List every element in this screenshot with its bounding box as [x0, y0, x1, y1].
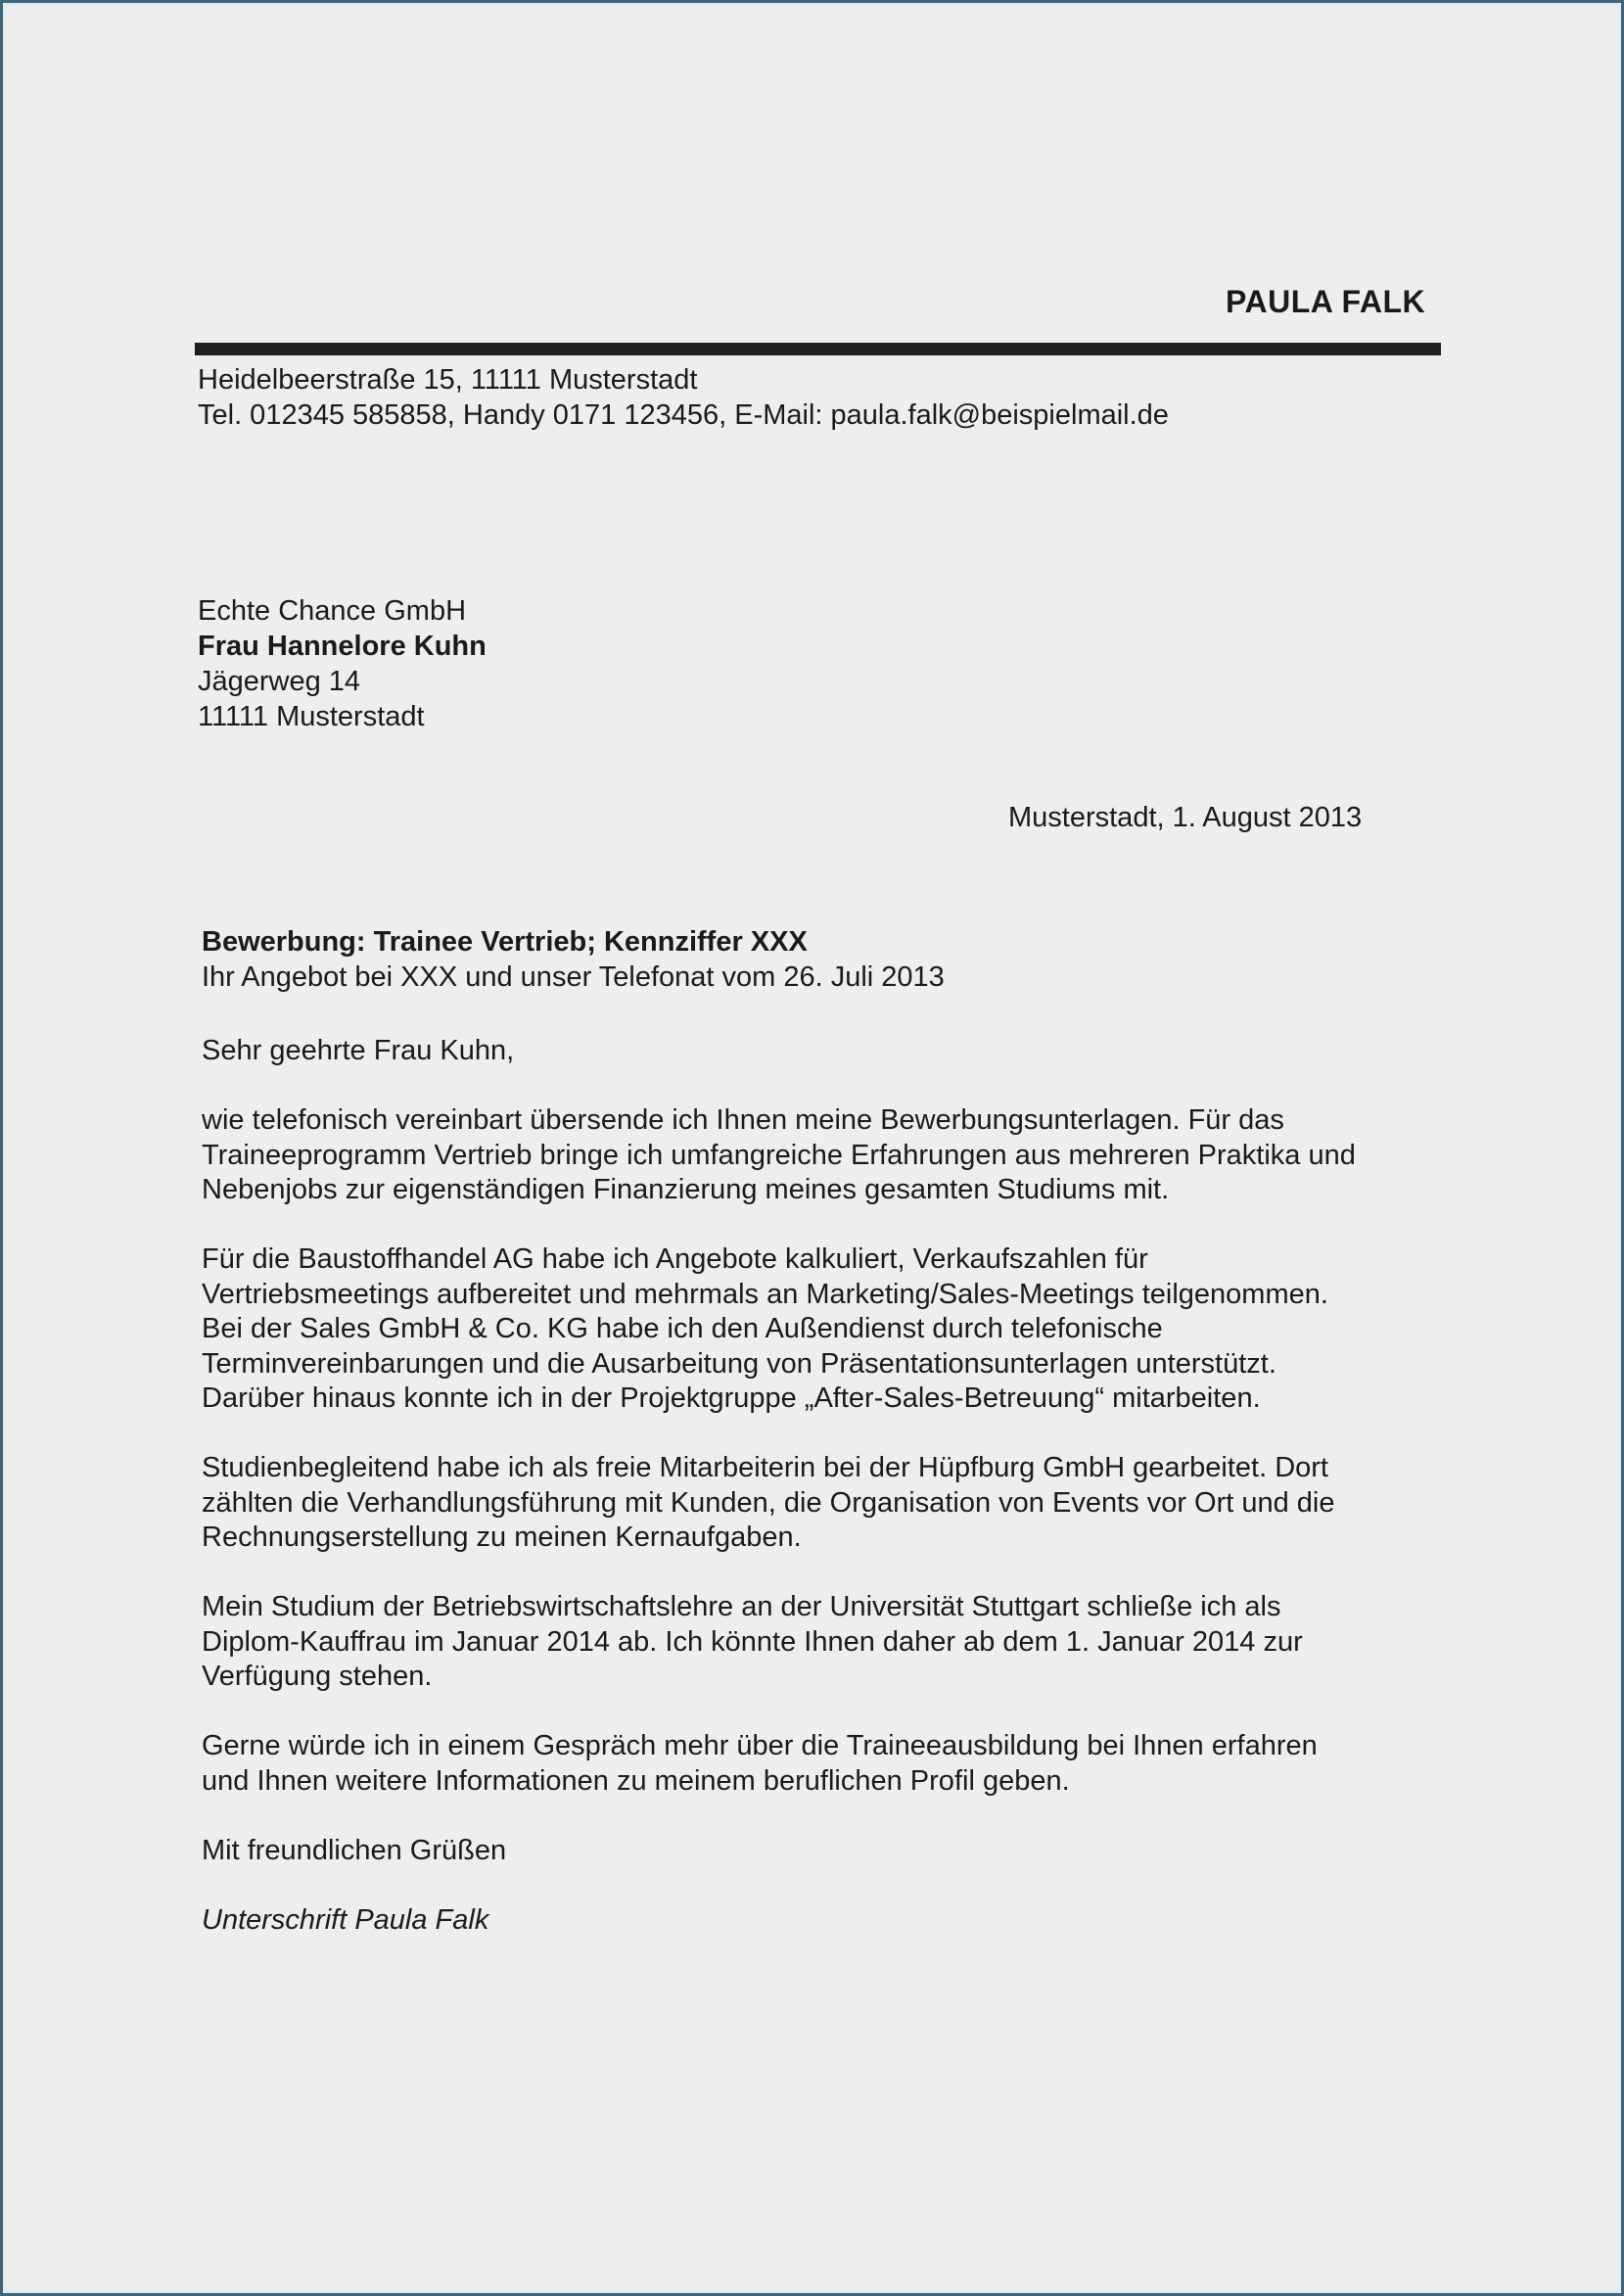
recipient-company: Echte Chance GmbH [198, 593, 487, 629]
sender-name: PAULA FALK [1226, 284, 1425, 320]
paragraph-line: zählten die Verhandlungsführung mit Kund… [202, 1486, 1474, 1522]
letter-body: Sehr geehrte Frau Kuhn, wie telefonisch … [202, 1034, 1474, 1973]
sender-street: Heidelbeerstraße 15, 11111 Musterstadt [198, 362, 1169, 398]
recipient-contact-person: Frau Hannelore Kuhn [198, 629, 487, 664]
sender-contact: Tel. 012345 585858, Handy 0171 123456, E… [198, 398, 1169, 433]
paragraph-line: Vertriebsmeetings aufbereitet und mehrma… [202, 1278, 1474, 1313]
paragraph-line: Terminvereinbarungen und die Ausarbeitun… [202, 1347, 1474, 1382]
reference-line: Ihr Angebot bei XXX und unser Telefonat … [202, 960, 945, 995]
paragraph: Studienbegleitend habe ich als freie Mit… [202, 1451, 1474, 1556]
paragraph: Gerne würde ich in einem Gespräch mehr ü… [202, 1729, 1474, 1799]
paragraph-line: Traineeprogramm Vertrieb bringe ich umfa… [202, 1139, 1474, 1174]
letter-page: PAULA FALK Heidelbeerstraße 15, 11111 Mu… [6, 6, 1618, 2290]
salutation: Sehr geehrte Frau Kuhn, [202, 1034, 1474, 1069]
signature: Unterschrift Paula Falk [202, 1903, 1474, 1939]
paragraph: Mein Studium der Betriebswirtschaftslehr… [202, 1590, 1474, 1695]
paragraph-line: wie telefonisch vereinbart übersende ich… [202, 1103, 1474, 1139]
letter-date: Musterstadt, 1. August 2013 [1008, 800, 1362, 835]
recipient-city: 11111 Musterstadt [198, 699, 487, 734]
subject-block: Bewerbung: Trainee Vertrieb; Kennziffer … [202, 924, 945, 995]
sender-address-block: Heidelbeerstraße 15, 11111 Musterstadt T… [198, 362, 1169, 433]
paragraph-line: Mein Studium der Betriebswirtschaftslehr… [202, 1590, 1474, 1625]
paragraph-line: Für die Baustoffhandel AG habe ich Angeb… [202, 1242, 1474, 1278]
paragraph-line: und Ihnen weitere Informationen zu meine… [202, 1764, 1474, 1800]
recipient-street: Jägerweg 14 [198, 664, 487, 699]
paragraph-line: Darüber hinaus konnte ich in der Projekt… [202, 1382, 1474, 1417]
subject-line: Bewerbung: Trainee Vertrieb; Kennziffer … [202, 924, 945, 960]
paragraph-line: Diplom-Kauffrau im Januar 2014 ab. Ich k… [202, 1625, 1474, 1661]
paragraph-line: Verfügung stehen. [202, 1660, 1474, 1695]
paragraph: Für die Baustoffhandel AG habe ich Angeb… [202, 1242, 1474, 1417]
paragraph-line: Studienbegleitend habe ich als freie Mit… [202, 1451, 1474, 1486]
paragraph-line: Nebenjobs zur eigenständigen Finanzierun… [202, 1173, 1474, 1208]
paragraph-line: Rechnungserstellung zu meinen Kernaufgab… [202, 1521, 1474, 1556]
paragraph: wie telefonisch vereinbart übersende ich… [202, 1103, 1474, 1208]
paragraph-line: Gerne würde ich in einem Gespräch mehr ü… [202, 1729, 1474, 1764]
closing: Mit freundlichen Grüßen [202, 1834, 1474, 1869]
paragraph-line: Bei der Sales GmbH & Co. KG habe ich den… [202, 1312, 1474, 1347]
recipient-address-block: Echte Chance GmbH Frau Hannelore Kuhn Jä… [198, 593, 487, 734]
letterhead-divider [195, 343, 1441, 355]
